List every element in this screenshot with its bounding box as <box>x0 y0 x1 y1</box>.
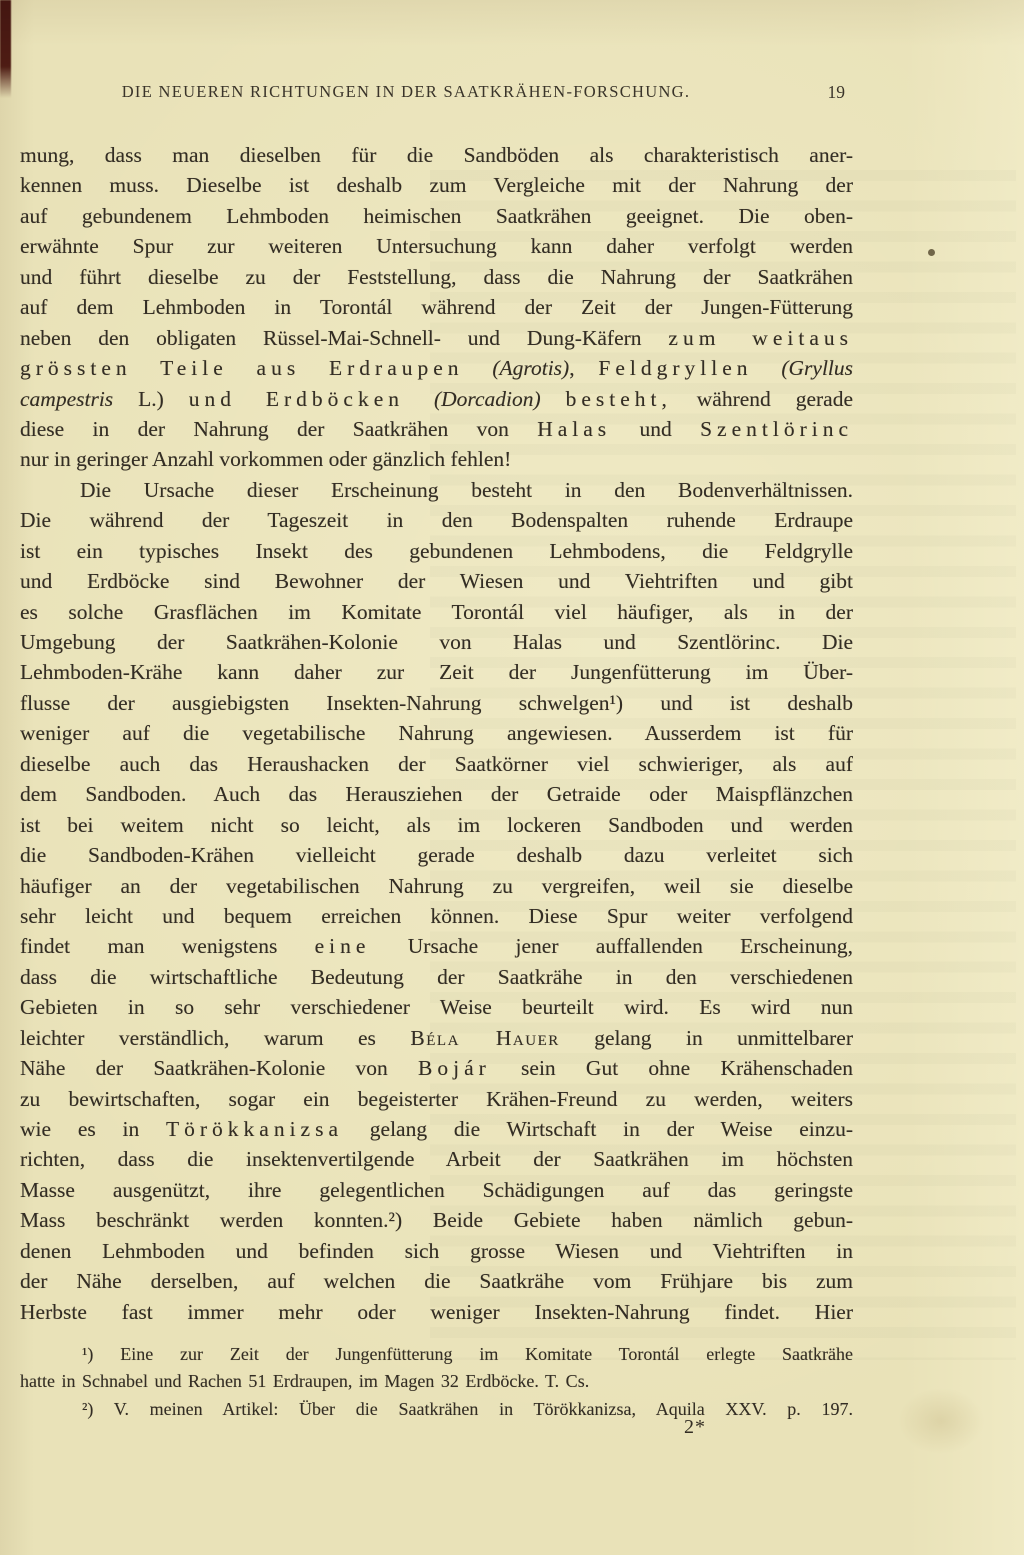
text-line: auf dem Lehmboden in Torontál während de… <box>20 292 853 322</box>
page-header: DIE NEUEREN RICHTUNGEN IN DER SAATKRÄHEN… <box>20 82 853 108</box>
text-line: Masse ausgenützt, ihre gelegentlichen Sc… <box>20 1175 853 1205</box>
text-segment: Herbste fast immer mehr oder weniger Ins… <box>20 1300 853 1324</box>
text-segment: auf gebundenem Lehmboden heimischen Saat… <box>20 204 853 228</box>
text-segment: Mass beschränkt werden konnten.²) Beide … <box>20 1208 853 1232</box>
text-line: wie es in Törökkanizsa gelang die Wirtsc… <box>20 1114 853 1144</box>
text-segment: und <box>611 417 700 441</box>
text-segment: Ursache jener auffallenden Erscheinung, <box>370 934 853 958</box>
signature-mark: 2* <box>684 1416 706 1439</box>
text-line: die Sandboden-Krähen vielleicht gerade d… <box>20 840 853 870</box>
text-segment: mung, dass man dieselben für die Sandböd… <box>20 143 853 167</box>
text-segment: der Nähe derselben, auf welchen die Saat… <box>20 1269 853 1293</box>
text-line: richten, dass die insektenvertilgende Ar… <box>20 1144 853 1174</box>
footnotes: ¹) Eine zur Zeit der Jungenfütterung im … <box>20 1341 853 1423</box>
text-segment: Lehmboden-Krähe kann daher zur Zeit der … <box>20 660 853 684</box>
text-line: Nähe der Saatkrähen-Kolonie von Bojár se… <box>20 1053 853 1083</box>
text-segment: leichter verständlich, warum es <box>20 1026 410 1050</box>
text-line: Herbste fast immer mehr oder weniger Ins… <box>20 1297 853 1327</box>
text-line: diese in der Nahrung der Saatkrähen von … <box>20 414 853 444</box>
text-line: dieselbe auch das Heraushacken der Saatk… <box>20 749 853 779</box>
text-line: Die Ursache dieser Erscheinung besteht i… <box>20 475 853 505</box>
text-line: häufiger an der vegetabilischen Nahrung … <box>20 871 853 901</box>
text-line: leichter verständlich, warum es Béla Hau… <box>20 1023 853 1053</box>
text-segment: Die während der Tageszeit in den Bodensp… <box>20 508 853 532</box>
text-segment: und Erdböcke sind Bewohner der Wiesen un… <box>20 569 853 593</box>
text-segment: ist bei weitem nicht so leicht, als im l… <box>20 813 853 837</box>
text-segment: diese in der Nahrung der Saatkrähen von <box>20 417 537 441</box>
text-line: dem Sandboden. Auch das Herausziehen der… <box>20 779 853 809</box>
text-segment: grössten Teile aus Erdraupen <box>20 356 492 380</box>
text-segment: und führt dieselbe zu der Feststellung, … <box>20 265 853 289</box>
text-segment: häufiger an der vegetabilischen Nahrung … <box>20 874 853 898</box>
text-segment: kennen muss. Dieselbe ist deshalb zum Ve… <box>20 173 853 197</box>
text-line: Gebieten in so sehr verschiedener Weise … <box>20 992 853 1022</box>
text-line: nur in geringer Anzahl vorkommen oder gä… <box>20 444 853 474</box>
text-line: campestris L.) und Erdböcken (Dorcadion)… <box>20 384 853 414</box>
text-line: Lehmboden-Krähe kann daher zur Zeit der … <box>20 657 853 687</box>
text-segment: Umgebung der Saatkrähen-Kolonie von Hala… <box>20 630 853 654</box>
text-segment: findet man wenigstens <box>20 934 315 958</box>
text-line: grössten Teile aus Erdraupen (Agrotis), … <box>20 353 853 383</box>
text-line: Umgebung der Saatkrähen-Kolonie von Hala… <box>20 627 853 657</box>
text-segment: gelang in unmittelbarer <box>560 1026 853 1050</box>
text-segment: eine <box>315 934 371 958</box>
text-line: ist bei weitem nicht so leicht, als im l… <box>20 810 853 840</box>
text-segment: zum weitaus <box>668 326 853 350</box>
text-line: Die während der Tageszeit in den Bodensp… <box>20 505 853 535</box>
text-segment: sein Gut ohne Krähenschaden <box>491 1056 853 1080</box>
text-segment: die Sandboden-Krähen vielleicht gerade d… <box>20 843 853 867</box>
ink-speck <box>928 249 935 256</box>
text-segment: wie es in <box>20 1117 166 1141</box>
text-segment: zu bewirtschaften, sogar ein begeisterte… <box>20 1087 853 1111</box>
text-segment: erwähnte Spur zur weiteren Untersuchung … <box>20 234 853 258</box>
text-line: und führt dieselbe zu der Feststellung, … <box>20 262 853 292</box>
footnote-line: ¹) Eine zur Zeit der Jungenfütterung im … <box>20 1341 853 1368</box>
running-title: DIE NEUEREN RICHTUNGEN IN DER SAATKRÄHEN… <box>122 82 691 102</box>
text-line: neben den obligaten Rüssel-Mai-Schnell- … <box>20 323 853 353</box>
page-number: 19 <box>828 82 846 103</box>
text-segment: Feldgryllen <box>598 356 781 380</box>
text-segment <box>541 387 566 411</box>
text-segment: (Dorcadion) <box>434 387 541 411</box>
text-line: mung, dass man dieselben für die Sandböd… <box>20 140 853 170</box>
text-segment: dem Sandboden. Auch das Herausziehen der… <box>20 782 853 806</box>
text-segment: campestris <box>20 387 113 411</box>
text-line: erwähnte Spur zur weiteren Untersuchung … <box>20 231 853 261</box>
text-line: flusse der ausgiebigsten Insekten-Nahrun… <box>20 688 853 718</box>
text-segment: Gebieten in so sehr verschiedener Weise … <box>20 995 853 1019</box>
text-segment: neben den obligaten Rüssel-Mai-Schnell- … <box>20 326 668 350</box>
text-line: Mass beschränkt werden konnten.²) Beide … <box>20 1205 853 1235</box>
text-line: zu bewirtschaften, sogar ein begeisterte… <box>20 1084 853 1114</box>
text-segment: nur in geringer Anzahl vorkommen oder gä… <box>20 447 511 471</box>
footnote-line: ²) V. meinen Artikel: Über die Saatkrähe… <box>20 1396 853 1423</box>
text-segment: ist ein typisches Insekt des gebundenen … <box>20 539 853 563</box>
text-segment: denen Lehmboden und befinden sich grosse… <box>20 1239 853 1263</box>
text-segment: Szentlörinc <box>700 417 853 441</box>
text-segment: L.) <box>113 387 189 411</box>
footnote-line: hatte in Schnabel und Rachen 51 Erdraupe… <box>20 1368 853 1395</box>
text-segment: Törökkanizsa <box>166 1117 343 1141</box>
text-segment: Halas <box>537 417 611 441</box>
paper-stain <box>898 1388 984 1454</box>
text-segment: Béla Hauer <box>410 1026 559 1050</box>
text-line: denen Lehmboden und befinden sich grosse… <box>20 1236 853 1266</box>
text-segment: (Agrotis) <box>492 356 569 380</box>
text-segment: gelang die Wirtschaft in der Weise einzu… <box>343 1117 853 1141</box>
text-segment: ¹) Eine zur Zeit der Jungenfütterung im … <box>82 1344 853 1364</box>
text-segment: dass die wirtschaftliche Bedeutung der S… <box>20 965 853 989</box>
text-line: sehr leicht und bequem erreichen können.… <box>20 901 853 931</box>
text-segment: Bojár <box>418 1056 491 1080</box>
text-segment: und Erdböcken <box>189 387 434 411</box>
text-segment: dieselbe auch das Heraushacken der Saatk… <box>20 752 853 776</box>
text-line: und Erdböcke sind Bewohner der Wiesen un… <box>20 566 853 596</box>
text-line: der Nähe derselben, auf welchen die Saat… <box>20 1266 853 1296</box>
text-line: findet man wenigstens eine Ursache jener… <box>20 931 853 961</box>
scanned-page: DIE NEUEREN RICHTUNGEN IN DER SAATKRÄHEN… <box>0 0 1024 1555</box>
binding-edge <box>0 0 11 98</box>
text-line: dass die wirtschaftliche Bedeutung der S… <box>20 962 853 992</box>
text-segment: während gerade <box>672 387 853 411</box>
text-segment: ²) V. meinen Artikel: Über die Saatkrähe… <box>82 1399 853 1419</box>
text-line: weniger auf die vegetabilische Nahrung a… <box>20 718 853 748</box>
body-text: mung, dass man dieselben für die Sandböd… <box>20 140 853 1327</box>
text-segment: sehr leicht und bequem erreichen können.… <box>20 904 853 928</box>
text-segment: richten, dass die insektenvertilgende Ar… <box>20 1147 853 1171</box>
text-line: auf gebundenem Lehmboden heimischen Saat… <box>20 201 853 231</box>
text-segment: weniger auf die vegetabilische Nahrung a… <box>20 721 853 745</box>
text-segment: auf dem Lehmboden in Torontál während de… <box>20 295 853 319</box>
text-segment: , <box>569 356 598 380</box>
text-segment: (Gryllus <box>781 356 853 380</box>
text-segment: hatte in Schnabel und Rachen 51 Erdraupe… <box>20 1371 589 1391</box>
text-segment: es solche Grasflächen im Komitate Toront… <box>20 600 853 624</box>
text-segment: Die Ursache dieser Erscheinung besteht i… <box>80 478 853 502</box>
text-segment: Nähe der Saatkrähen-Kolonie von <box>20 1056 418 1080</box>
text-segment: besteht, <box>566 387 672 411</box>
text-segment: flusse der ausgiebigsten Insekten-Nahrun… <box>20 691 853 715</box>
text-line: es solche Grasflächen im Komitate Toront… <box>20 597 853 627</box>
text-segment: Masse ausgenützt, ihre gelegentlichen Sc… <box>20 1178 853 1202</box>
text-line: kennen muss. Dieselbe ist deshalb zum Ve… <box>20 170 853 200</box>
text-line: ist ein typisches Insekt des gebundenen … <box>20 536 853 566</box>
